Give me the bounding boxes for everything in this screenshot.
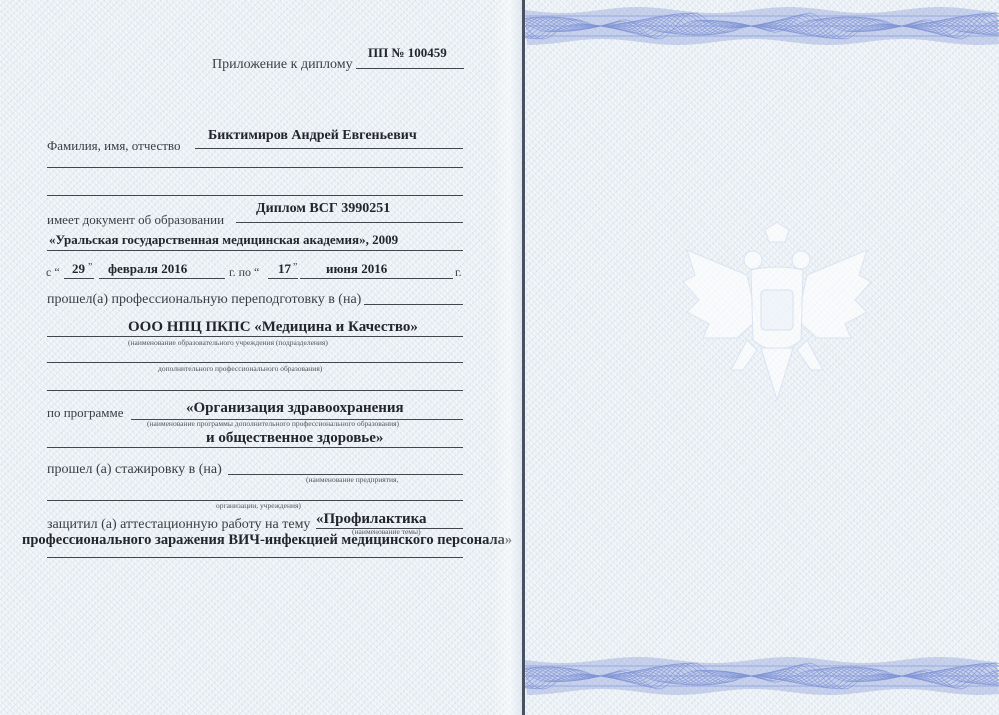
- institution-value: «Уральская государственная медицинская а…: [49, 232, 398, 248]
- date-from-day: 29: [72, 261, 85, 277]
- fio-line: [195, 148, 463, 149]
- date-year-suffix: г.: [455, 265, 462, 280]
- retraining-org-line: [47, 336, 463, 337]
- fio-label: Фамилия, имя, отчество: [47, 138, 180, 154]
- date-from-day-line: [64, 278, 94, 279]
- blank-line-1: [47, 167, 463, 168]
- retraining-label: прошел(а) профессиональную переподготовк…: [47, 292, 361, 308]
- diploma-number-line: [356, 68, 464, 69]
- internship-label: прошел (а) стажировку в (на): [47, 462, 222, 478]
- date-from-month-year: февраля 2016: [108, 261, 187, 277]
- program-value-1: «Организация здравоохранения: [186, 400, 404, 417]
- program-label: по программе: [47, 405, 124, 421]
- retraining-blank-line: [47, 362, 463, 363]
- diploma-number: ПП № 100459: [368, 45, 447, 61]
- date-from-prefix: с “: [46, 265, 60, 280]
- date-from-line: [99, 278, 225, 279]
- date-to-day-line: [268, 278, 298, 279]
- guilloche-border-top: [525, 2, 999, 50]
- date-to-prefix: г. по “: [229, 265, 259, 280]
- internship-caption-2: организации, учреждения): [216, 501, 301, 510]
- double-headed-eagle-icon: [677, 220, 877, 410]
- retraining-caption-2: дополнительного профессионального образо…: [158, 364, 322, 373]
- blank-line-2: [47, 195, 463, 196]
- internship-caption-1: (наименование предприятия,: [306, 475, 398, 484]
- retraining-caption-1: (наименование образовательного учреждени…: [128, 338, 328, 347]
- thesis-line-2: [47, 557, 463, 558]
- appendix-label: Приложение к диплому: [212, 57, 353, 73]
- date-to-month-year: июня 2016: [326, 261, 387, 277]
- date-from-quote: ”: [88, 262, 92, 273]
- left-page: ПП № 100459 Приложение к диплому Фамилия…: [0, 0, 522, 715]
- education-doc-line: [236, 222, 463, 223]
- education-doc-label: имеет документ об образовании: [47, 212, 224, 228]
- program-value-2: и общественное здоровье»: [206, 430, 383, 447]
- date-to-day: 17: [278, 261, 291, 277]
- retraining-line: [364, 304, 463, 305]
- retraining-org: ООО НПЦ ПКПС «Медицина и Качество»: [128, 319, 418, 336]
- thesis-value-2: профессионального заражения ВИЧ-инфекцие…: [22, 532, 512, 549]
- retraining-bottom-line: [47, 390, 463, 391]
- guilloche-border-bottom: [525, 652, 999, 700]
- right-page: [525, 0, 999, 715]
- fio-value: Биктимиров Андрей Евгеньевич: [208, 128, 417, 144]
- date-to-quote: ”: [293, 262, 297, 273]
- program-caption: (наименование программы дополнительного …: [147, 419, 399, 428]
- thesis-value-1: «Профилактика: [316, 511, 427, 528]
- education-doc-value: Диплом ВСГ 3990251: [256, 201, 390, 217]
- institution-line: [47, 250, 463, 251]
- thesis-label: защитил (а) аттестационную работу на тем…: [47, 517, 310, 533]
- program-line-2: [47, 447, 463, 448]
- date-to-line: [300, 278, 453, 279]
